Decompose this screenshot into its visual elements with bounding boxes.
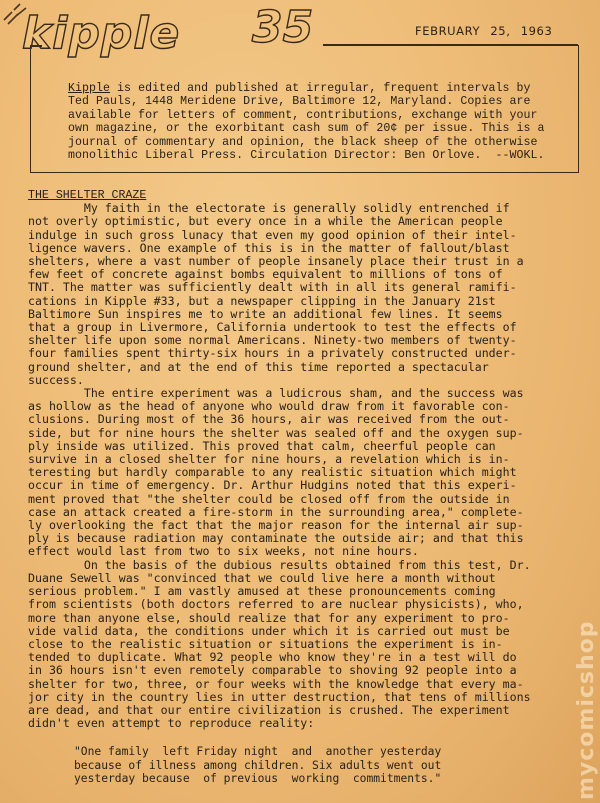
zine-title: Kipple: [68, 82, 110, 95]
masthead-line: Ted Pauls, 1448 Meridene Drive, Baltimor…: [68, 95, 531, 108]
masthead-line: own magazine, or the exorbitant cash sum…: [68, 122, 545, 135]
watermark: mycomicshop: [574, 590, 598, 800]
issue-date: FEBRUARY 25, 1963: [415, 24, 552, 38]
paragraph-1: My faith in the electorate is generally …: [28, 202, 583, 387]
issue-number: 35: [252, 6, 313, 50]
masthead-line: journal of commentary and opinion, the b…: [68, 136, 538, 149]
article-shelter-craze: THE SHELTER CRAZE My faith in the electo…: [28, 189, 583, 730]
masthead-line: is edited and published at irregular, fr…: [110, 82, 530, 95]
masthead-line: available for letters of comment, contri…: [68, 109, 538, 122]
block-quote: "One family left Friday night and anothe…: [74, 745, 441, 786]
masthead-text: Kipple is edited and published at irregu…: [68, 82, 568, 162]
paragraph-3: On the basis of the dubious results obta…: [28, 559, 583, 731]
masthead-line: monolithic Liberal Press. Circulation Di…: [68, 149, 545, 162]
paragraph-2: The entire experiment was a ludicrous sh…: [28, 387, 583, 559]
